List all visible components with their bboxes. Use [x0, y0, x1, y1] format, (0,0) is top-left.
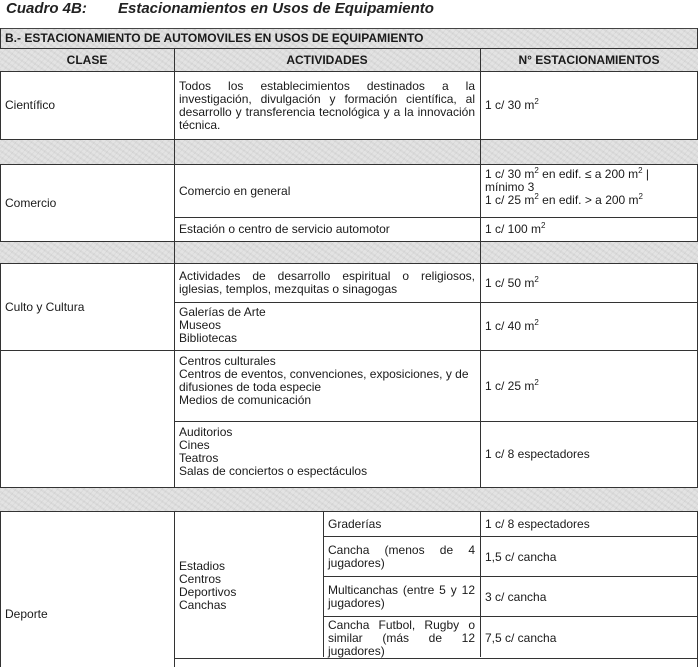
estac-galerias: 1 c/ 40 m2: [480, 303, 698, 350]
actividad-cancha-futbol: Cancha Futbol, Rugby o similar (más de 1…: [323, 617, 480, 659]
actividad-cientifico: Todos los establecimientos destinados a …: [174, 72, 480, 139]
actividad-galerias: Galerías de Arte Museos Bibliotecas: [174, 303, 480, 350]
estac-centros-culturales: 1 c/ 25 m2: [480, 351, 698, 421]
actividad-auditorios: Auditorios Cines Teatros Salas de concie…: [174, 422, 480, 487]
actividad-line: Salas de conciertos o espectáculos: [179, 465, 475, 478]
estac-cancha-futbol: 7,5 c/ cancha: [480, 617, 698, 659]
table-row-culto: Culto y Cultura Actividades de desarroll…: [0, 263, 698, 350]
actividad-text: Multicanchas (entre 5 y 12 jugadores): [328, 584, 475, 610]
actividad-text: Todos los establecimientos destinados a …: [179, 80, 475, 132]
estac-value: 1 c/ 100 m2: [485, 223, 545, 236]
estac-value: 1 c/ 25 m2: [485, 380, 539, 393]
spacer-row: [0, 241, 698, 263]
estac-estacion-servicio: 1 c/ 100 m2: [480, 218, 698, 241]
header-row: CLASE ACTIVIDADES N° ESTACIONAMIENTOS: [0, 48, 698, 71]
table-row-deporte: Deporte Estadios Centros Deportivos Canc…: [0, 511, 698, 667]
actividad-line: Galerías de Arte: [179, 306, 475, 319]
estac-value: 1 c/ 40 m2: [485, 320, 539, 333]
actividad-comercio-general: Comercio en general: [174, 165, 480, 217]
actividad-text: Actividades de desarrollo espiritual o r…: [179, 270, 475, 296]
row-divider: [174, 658, 698, 659]
actividad-cancha-menos-4: Cancha (menos de 4 jugadores): [323, 537, 480, 577]
spacer-row: [0, 139, 698, 164]
estac-multicanchas: 3 c/ cancha: [480, 577, 698, 617]
header-clase: CLASE: [0, 49, 174, 71]
actividad-multicanchas: Multicanchas (entre 5 y 12 jugadores): [323, 577, 480, 617]
table-band-heading: B.- ESTACIONAMIENTO DE AUTOMOVILES EN US…: [0, 28, 698, 48]
actividad-line: Cines: [179, 439, 475, 452]
header-actividades: ACTIVIDADES: [174, 49, 480, 71]
spacer-row: [0, 487, 698, 511]
clase-culto: Culto y Cultura: [0, 264, 174, 350]
clase-deporte: Deporte: [0, 562, 174, 667]
estac-auditorios: 1 c/ 8 espectadores: [480, 422, 698, 487]
title-label: Cuadro 4B:: [6, 0, 118, 17]
actividad-text: Cancha Futbol, Rugby o similar (más de 1…: [328, 619, 475, 658]
table-row-cultura-2: Centros culturales Centros de eventos, c…: [0, 350, 698, 487]
estac-value: 1 c/ 50 m2: [485, 277, 539, 290]
actividad-text: Cancha (menos de 4 jugadores): [328, 544, 475, 570]
document-title: Cuadro 4B:Estacionamientos en Usos de Eq…: [6, 0, 434, 17]
actividad-estacion-servicio: Estación o centro de servicio automotor: [174, 218, 480, 241]
deporte-grupo: Estadios Centros Deportivos Canchas: [174, 512, 323, 657]
actividad-line: Medios de comunicación: [179, 394, 475, 407]
clase-comercio: Comercio: [0, 165, 174, 241]
actividad-line: Auditorios: [179, 426, 475, 439]
clase-cultura-2: [0, 351, 174, 487]
clase-cientifico: Científico: [0, 72, 174, 139]
estac-graderias: 1 c/ 8 espectadores: [480, 512, 698, 536]
actividad-line: Bibliotecas: [179, 332, 475, 345]
estac-comercio-general: 1 c/ 30 m2 en edif. ≤ a 200 m2 | mínimo …: [480, 165, 698, 217]
estac-line: 1 c/ 25 m2 en edif. > a 200 m2: [485, 194, 693, 207]
estac-cancha-menos-4: 1,5 c/ cancha: [480, 537, 698, 577]
estac-value: 1 c/ 30 m2: [485, 99, 539, 112]
estac-religiosos: 1 c/ 50 m2: [480, 264, 698, 302]
header-estacionamientos: N° ESTACIONAMIENTOS: [480, 49, 698, 71]
actividad-graderias: Graderías: [323, 512, 480, 536]
actividad-centros-culturales: Centros culturales Centros de eventos, c…: [174, 351, 480, 421]
grupo-line: Canchas: [179, 599, 318, 612]
estac-cientifico: 1 c/ 30 m2: [480, 72, 698, 139]
actividad-religiosos: Actividades de desarrollo espiritual o r…: [174, 264, 480, 302]
table-row-cientifico: Científico Todos los establecimientos de…: [0, 71, 698, 139]
table-row-comercio: Comercio Comercio en general 1 c/ 30 m2 …: [0, 164, 698, 241]
title-text: Estacionamientos en Usos de Equipamiento: [118, 0, 434, 17]
